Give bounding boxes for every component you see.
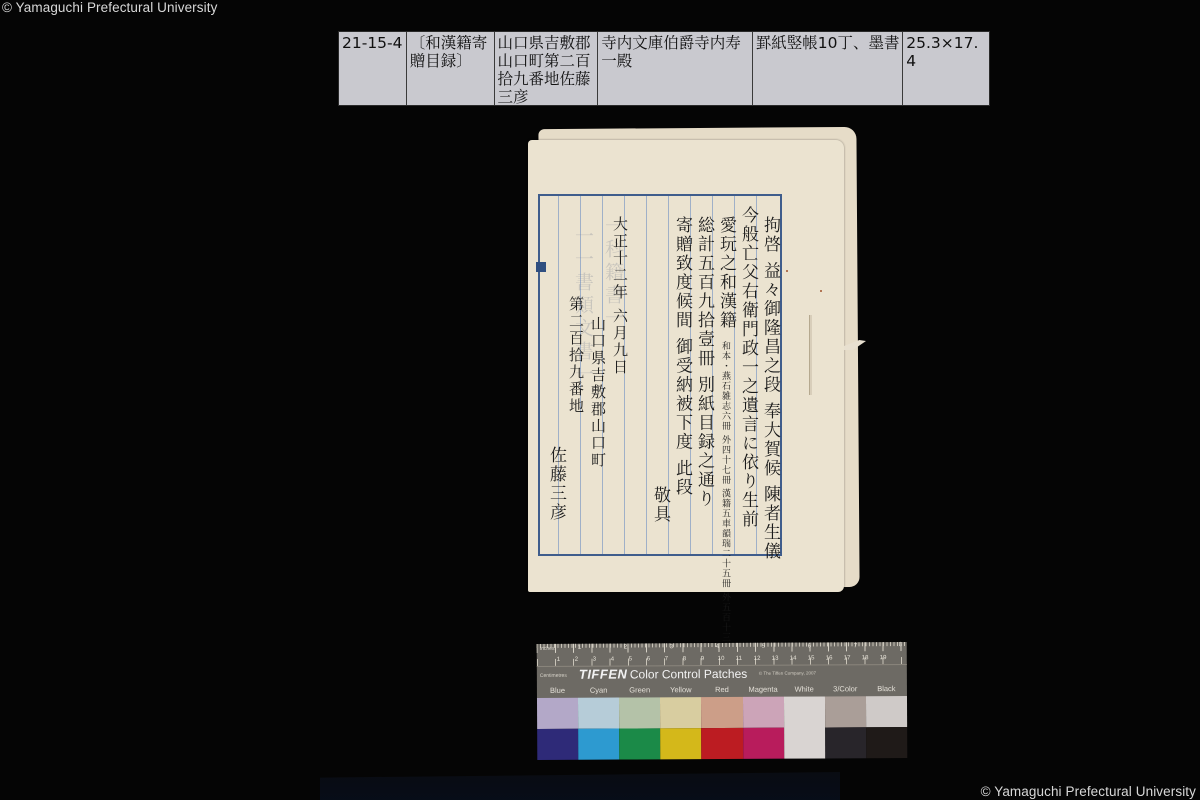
catalog-number-cell: 21-15-4 bbox=[339, 32, 407, 105]
inch-tick: 6 bbox=[808, 644, 811, 650]
cm-tick: 10 bbox=[718, 656, 725, 662]
ruled-frame: 一一書類文書一 一科籍書一 拘啓 益々御隆昌之段 奉大賀候 陳者生儀 今般亡父右… bbox=[538, 194, 782, 556]
color-patches bbox=[537, 696, 907, 760]
patch-cyan bbox=[578, 698, 619, 760]
patch-label-blue: Blue bbox=[537, 686, 578, 698]
inch-tick: 3 bbox=[670, 644, 673, 650]
inch-tick: 2 bbox=[624, 644, 627, 650]
cm-tick: 15 bbox=[808, 656, 815, 662]
catalog-record-table: 21-15-4 〔和漢籍寄贈目録〕 山口県吉敷郡山口町第二百拾九番地佐藤三彦 寺… bbox=[338, 31, 990, 106]
letter-address-2: 第二百拾九番地 bbox=[566, 296, 586, 446]
catalog-format-cell: 罫紙竪帳10丁、墨書 bbox=[753, 32, 904, 105]
patch-label-cyan: Cyan bbox=[578, 686, 619, 698]
patch-red bbox=[701, 697, 742, 759]
cm-tick: 5 bbox=[629, 656, 632, 662]
cm-tick: 17 bbox=[844, 655, 851, 661]
cm-tick: 11 bbox=[736, 656, 742, 662]
tiffen-logo: TIFFEN bbox=[579, 666, 628, 681]
letter-annotation: 和本・燕石雑志六冊 外四十七冊 漢籍五車韻瑞二十五冊 外五百十三冊 bbox=[720, 341, 730, 521]
cm-tick: 18 bbox=[862, 655, 869, 661]
inch-tick: 7 bbox=[854, 643, 857, 649]
patch-label-green: Green bbox=[619, 685, 660, 697]
patch-label-red: Red bbox=[701, 685, 742, 697]
inch-tick: 5 bbox=[762, 644, 765, 650]
patch-label-magenta: Magenta bbox=[742, 685, 783, 697]
cm-tick: 16 bbox=[826, 655, 833, 661]
ruler: Inches 1 2 3 4 5 6 7 8 1 2 3 4 5 6 7 8 9… bbox=[537, 642, 907, 667]
copyright-watermark-bottom: © Yamaguchi Prefectural University bbox=[981, 784, 1196, 799]
catalog-author-cell: 山口県吉敷郡山口町第二百拾九番地佐藤三彦 bbox=[495, 32, 599, 105]
background-shadow bbox=[320, 772, 840, 800]
letter-line-2: 今般亡父右衛門政一之遺言に依り生前 bbox=[738, 206, 758, 536]
cm-tick: 4 bbox=[611, 657, 614, 663]
ruler-centimetres-label: Centimetres bbox=[540, 673, 567, 679]
cm-tick: 9 bbox=[701, 656, 704, 662]
patch-label-3color: 3/Color bbox=[825, 684, 866, 696]
cm-tick: 7 bbox=[665, 656, 668, 662]
patch-green bbox=[619, 697, 660, 759]
document-page: 一一書類文書一 一科籍書一 拘啓 益々御隆昌之段 奉大賀候 陳者生儀 今般亡父右… bbox=[528, 140, 844, 592]
patch-black bbox=[866, 696, 907, 758]
patch-white bbox=[784, 696, 825, 758]
cm-tick: 2 bbox=[575, 657, 578, 663]
cm-tick: 8 bbox=[683, 656, 686, 662]
patch-blue bbox=[537, 698, 578, 760]
letter-signature: 佐藤三彦 bbox=[546, 446, 566, 556]
chart-card: Inches 1 2 3 4 5 6 7 8 1 2 3 4 5 6 7 8 9… bbox=[537, 642, 907, 702]
letter-line-1: 拘啓 益々御隆昌之段 奉大賀候 陳者生儀 bbox=[760, 216, 780, 546]
cm-tick: 14 bbox=[790, 656, 797, 662]
catalog-title-cell: 〔和漢籍寄贈目録〕 bbox=[407, 32, 495, 105]
letter-address-1: 山口県吉敷郡山口町 bbox=[588, 316, 608, 516]
patch-magenta bbox=[743, 697, 784, 759]
cm-tick: 3 bbox=[593, 657, 596, 663]
ruler-inches-label: Inches bbox=[540, 646, 555, 652]
patch-label-white: White bbox=[784, 684, 825, 696]
inch-tick: 1 bbox=[578, 645, 581, 651]
letter-line-5: 寄贈致度候間 御受納被下度 此段 bbox=[672, 216, 692, 546]
catalog-recipient-cell: 寺内文庫伯爵寺内寿一殿 bbox=[598, 32, 753, 105]
letter-line-4: 総計五百九拾壹冊 別紙目録之通り bbox=[694, 216, 714, 546]
cm-tick: 13 bbox=[772, 656, 779, 662]
frame-marker bbox=[536, 262, 546, 272]
binding-stitch bbox=[809, 315, 812, 395]
patch-label-black: Black bbox=[866, 684, 907, 696]
patch-3color bbox=[825, 696, 866, 758]
cm-tick: 6 bbox=[647, 656, 650, 662]
copyright-watermark-top: © Yamaguchi Prefectural University bbox=[2, 0, 217, 15]
cm-tick: 1 bbox=[557, 657, 560, 663]
color-control-chart: Inches 1 2 3 4 5 6 7 8 1 2 3 4 5 6 7 8 9… bbox=[537, 642, 908, 759]
letter-line-3: 愛玩之和漢籍 bbox=[716, 216, 736, 336]
patch-yellow bbox=[660, 697, 701, 759]
catalog-size-cell: 25.3×17.4 bbox=[903, 32, 989, 105]
cm-tick: 12 bbox=[754, 656, 761, 662]
letter-closing: 敬具 bbox=[650, 486, 670, 546]
cm-tick: 19 bbox=[880, 655, 887, 661]
inch-tick: 8 bbox=[899, 642, 902, 648]
inch-tick: 4 bbox=[716, 644, 719, 650]
chart-copyright: © The Tiffen Company, 2007 bbox=[759, 671, 816, 676]
patch-label-yellow: Yellow bbox=[660, 685, 701, 697]
letter-date: 大正十二年 六月九日 bbox=[610, 216, 630, 416]
chart-title: Color Control Patches bbox=[630, 667, 747, 682]
